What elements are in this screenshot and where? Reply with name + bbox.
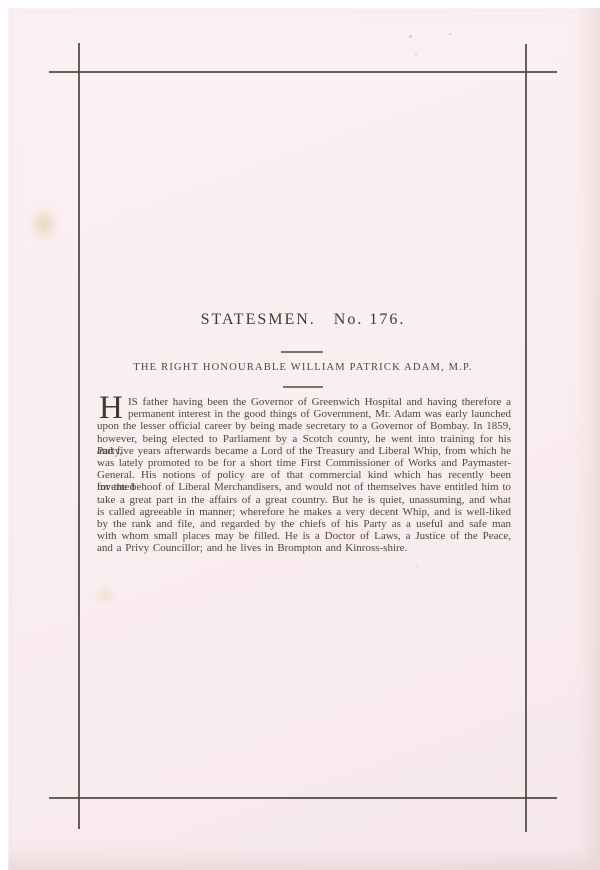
divider-rule-bottom xyxy=(283,386,323,388)
body-text-line: General. His notions of policy are of th… xyxy=(97,469,511,481)
body-text-line: was lately promoted to be for a short ti… xyxy=(97,457,511,469)
divider-rule-top xyxy=(281,351,323,353)
drop-cap: H xyxy=(99,395,127,422)
paper-stain xyxy=(20,198,68,250)
body-text-line: and five years afterwards became a Lord … xyxy=(97,445,511,457)
scanned-page: STATESMEN.No. 176. THE RIGHT HONOURABLE … xyxy=(0,0,600,870)
page-heading: THE RIGHT HONOURABLE WILLIAM PATRICK ADA… xyxy=(80,362,526,373)
foxing-speck xyxy=(449,33,451,35)
body-text-line: and a Privy Councillor; and he lives in … xyxy=(97,542,511,554)
frame-border-left xyxy=(78,43,80,829)
frame-border-right xyxy=(525,44,527,832)
foxing-speck xyxy=(416,565,418,567)
body-text-line: for the behoof of Liberal Merchandisers,… xyxy=(97,481,511,493)
body-text-line: is called agreeable in manner; wherefore… xyxy=(97,506,511,518)
frame-border-bottom xyxy=(49,797,557,799)
biography-paragraph: H IS father having been the Governor of … xyxy=(97,396,511,554)
body-text-line: IS father having been the Governor of Gr… xyxy=(97,396,511,408)
paper-stain xyxy=(88,580,122,610)
body-text-line: permanent interest in the good things of… xyxy=(97,408,511,420)
body-text-line: by the rank and file, and regarded by th… xyxy=(97,518,511,530)
frame-border-top xyxy=(49,71,557,73)
series-title-row: STATESMEN.No. 176. xyxy=(80,311,526,329)
body-text-line: upon the lesser official career by being… xyxy=(97,420,511,432)
foxing-speck xyxy=(415,53,417,55)
foxing-speck xyxy=(409,35,412,38)
series-title: STATESMEN. xyxy=(201,311,316,328)
body-text-line: take a great part in the affairs of a gr… xyxy=(97,494,511,506)
series-number: No. 176. xyxy=(334,311,406,328)
body-text-line: however, being elected to Parliament by … xyxy=(97,433,511,445)
body-text-line: with whom small places may be filled. He… xyxy=(97,530,511,542)
